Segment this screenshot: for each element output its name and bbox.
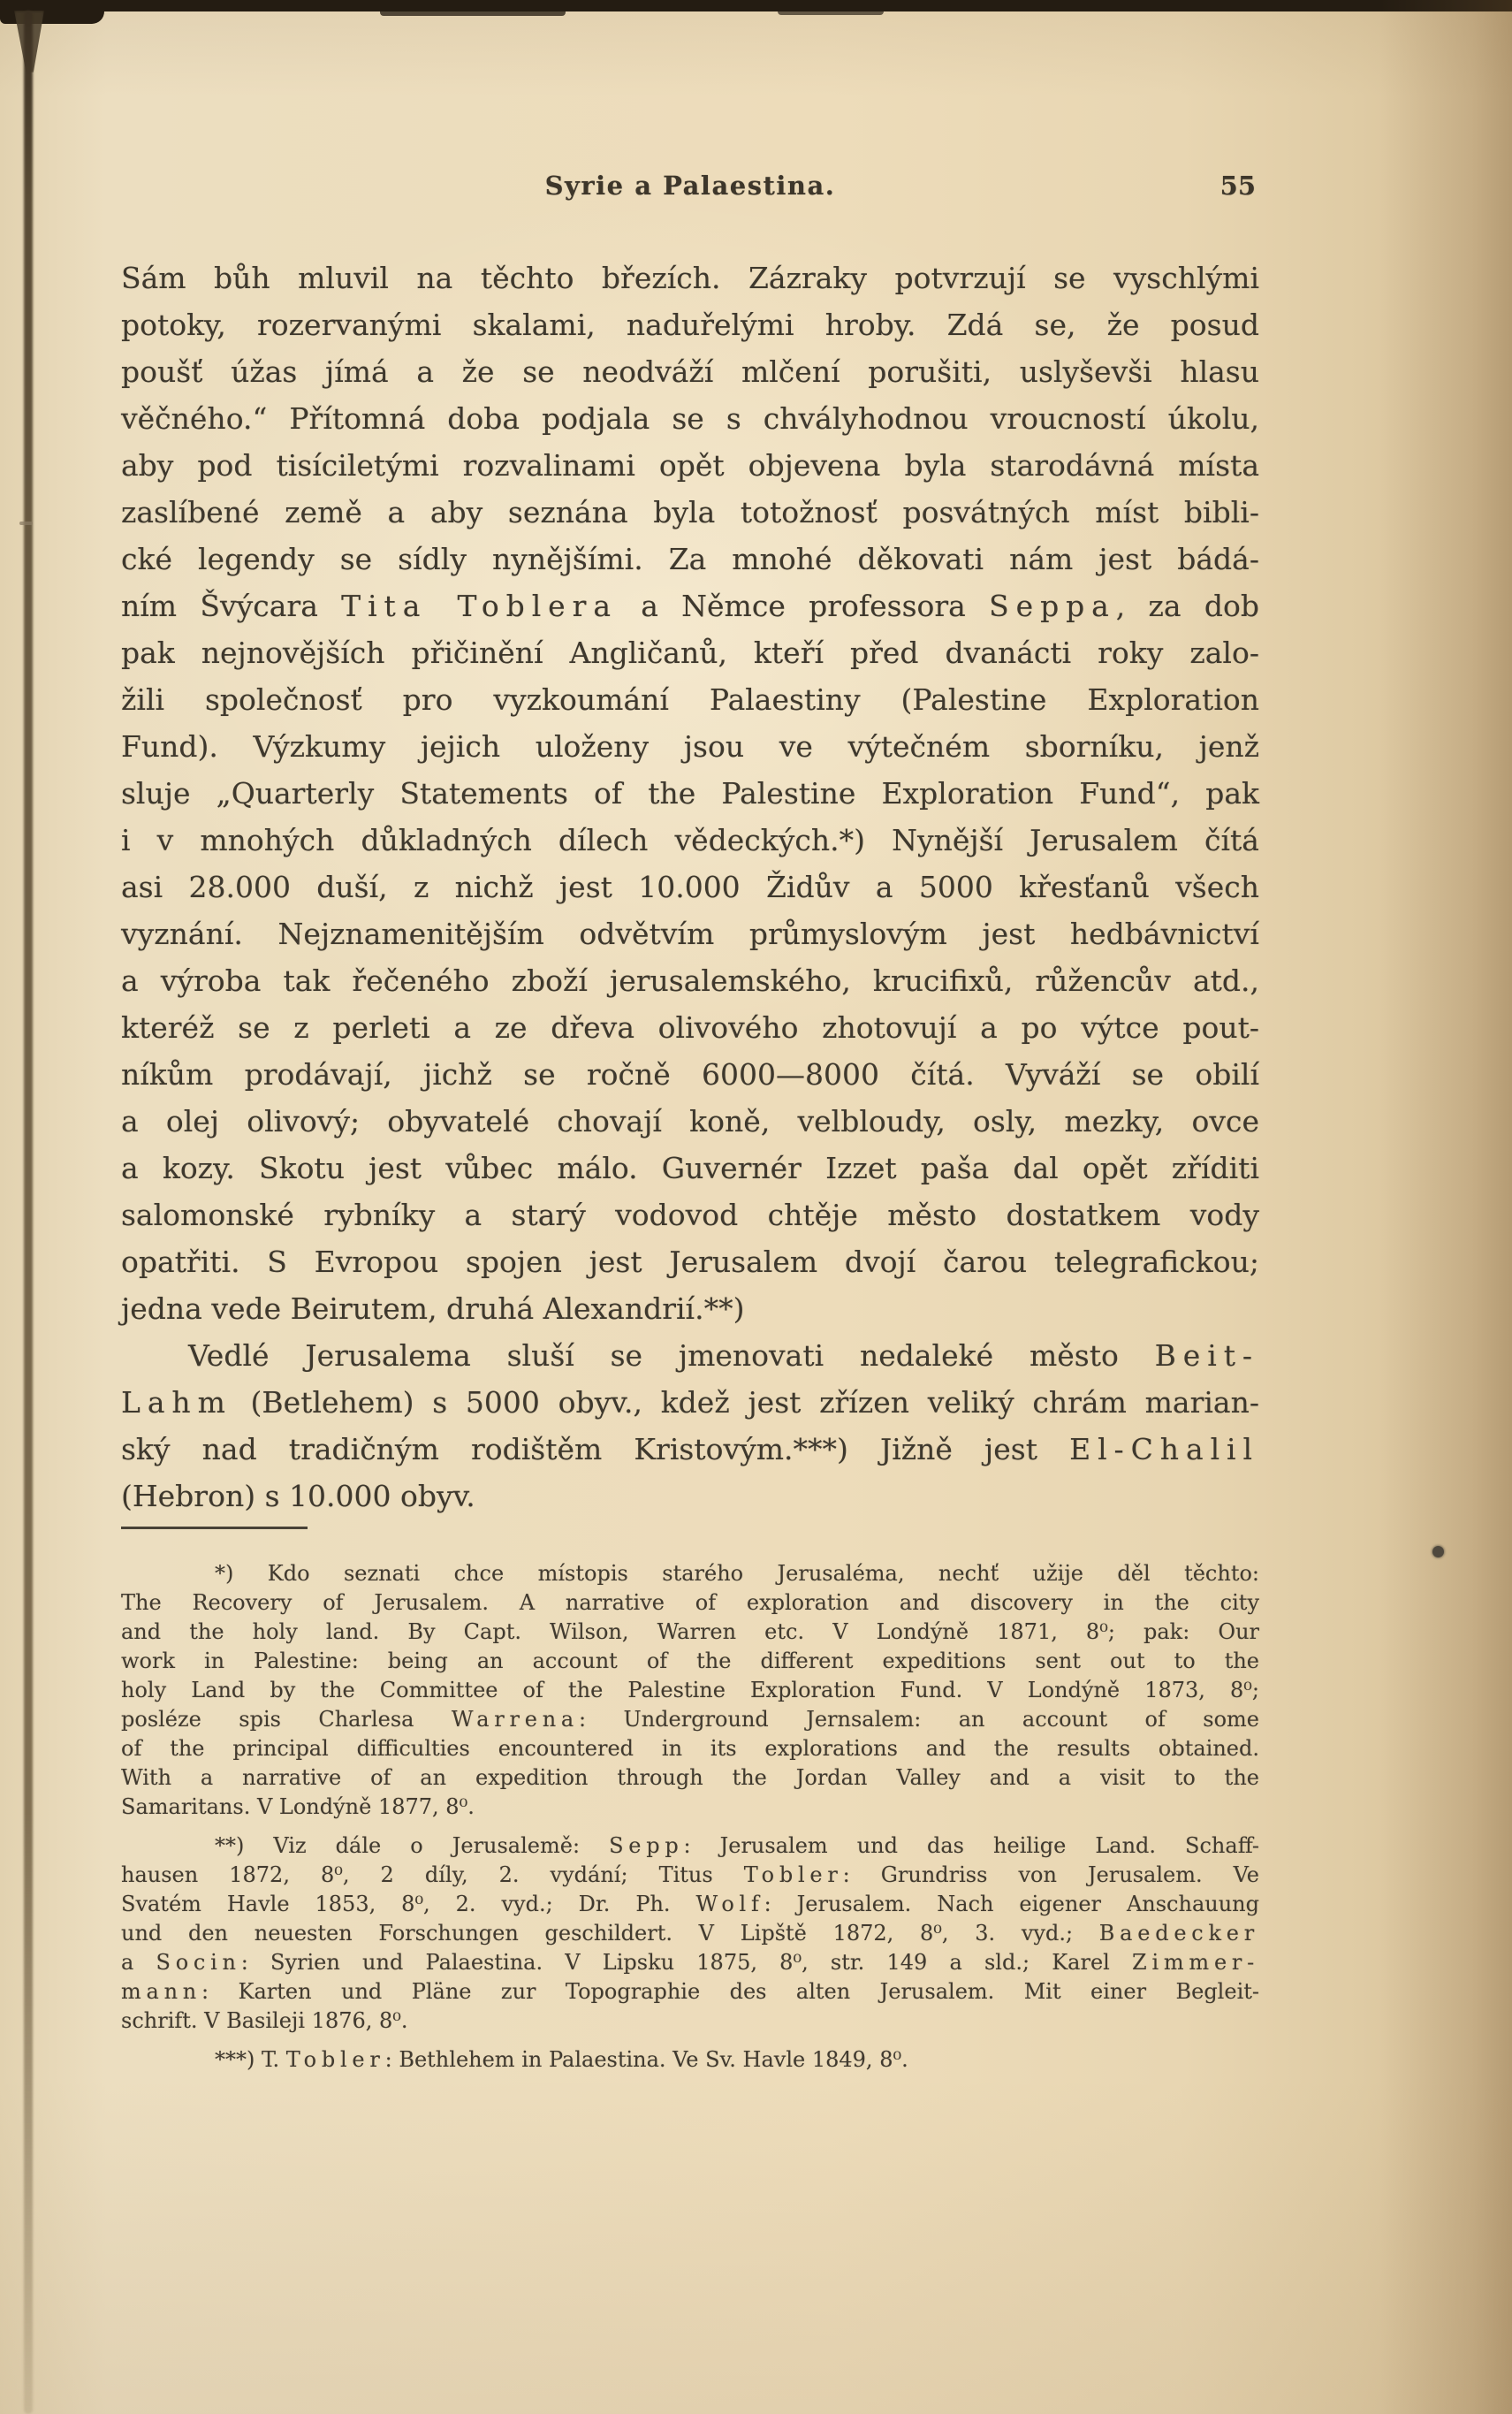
- text-line: opatřiti. S Evropou spojen jest Jerusale…: [121, 1238, 1259, 1285]
- text-run: opatřiti. S Evropou spojen jest Jerusale…: [121, 1245, 1259, 1279]
- paragraph: **) Viz dále o Jerusalemě: Sepp: Jerusal…: [121, 1831, 1259, 2036]
- letterspaced-text: Beit-: [1155, 1338, 1259, 1373]
- page-title: Syrie a Palaestina.: [121, 171, 1259, 201]
- text-line: níkům prodávají, jichž se ročně 6000—800…: [121, 1051, 1259, 1098]
- letterspaced-text: El-Chalil: [1069, 1432, 1259, 1466]
- text-run: pak nejnovějších přičinění Angličanů, kt…: [121, 636, 1259, 670]
- text-line: (Hebron) s 10.000 obyv.: [121, 1473, 1259, 1519]
- text-run: : Karten und Pläne zur Topographie des a…: [201, 1979, 1259, 2004]
- scan-edge-ragged: [778, 11, 884, 15]
- text-line: With a narrative of an expedition throug…: [121, 1763, 1259, 1793]
- text-run: a výroba tak řečeného zboží jerusalemské…: [121, 963, 1259, 998]
- text-run: : Underground Jernsalem: an account of s…: [579, 1707, 1259, 1732]
- letterspaced-text: Seppa: [989, 589, 1116, 623]
- text-line: ***) T. Tobler: Bethlehem in Palaestina.…: [121, 2045, 1259, 2075]
- text-line: asi 28.000 duší, z nichž jest 10.000 Žid…: [121, 864, 1259, 910]
- footnote-separator-rule: [121, 1527, 308, 1529]
- body-text-block: Sám bůh mluvil na těchto březích. Zázrak…: [121, 255, 1259, 1519]
- text-run: holy Land by the Committee of the Palest…: [121, 1678, 1259, 1702]
- text-run: *) Kdo seznati chce místopis starého Jer…: [215, 1561, 1259, 1586]
- text-run: posléze spis Charlesa: [121, 1707, 452, 1732]
- text-run: (Hebron) s 10.000 obyv.: [121, 1479, 475, 1513]
- text-line: salomonské rybníky a starý vodovod chtěj…: [121, 1192, 1259, 1238]
- text-line: jedna vede Beirutem, druhá Alexandrií.**…: [121, 1285, 1259, 1332]
- text-line: aby pod tisíciletými rozvalinami opět ob…: [121, 442, 1259, 489]
- text-run: ***) T.: [215, 2047, 286, 2072]
- text-line: zaslíbené země a aby seznána byla totožn…: [121, 489, 1259, 536]
- text-line: Samaritans. V Londýně 1877, 8⁰.: [121, 1793, 1259, 1822]
- text-line: *) Kdo seznati chce místopis starého Jer…: [121, 1559, 1259, 1588]
- text-line: ský nad tradičným rodištěm Kristovým.***…: [121, 1426, 1259, 1473]
- text-run: a: [121, 1950, 156, 1975]
- text-run: Samaritans. V Londýně 1877, 8⁰.: [121, 1794, 475, 1819]
- text-line: a olej olivový; obyvatelé chovají koně, …: [121, 1098, 1259, 1145]
- text-line: ním Švýcara Tita Toblera a Němce profess…: [121, 583, 1259, 629]
- text-run: and the holy land. By Capt. Wilson, Warr…: [121, 1619, 1259, 1644]
- text-run: Fund). Výzkumy jejich uloženy jsou ve vý…: [121, 729, 1259, 764]
- text-line: Lahm (Betlehem) s 5000 obyv., kdež jest …: [121, 1379, 1259, 1426]
- text-line: und den neuesten Forschungen geschildert…: [121, 1919, 1259, 1948]
- text-run: : Jerusalem und das heilige Land. Schaff…: [684, 1833, 1260, 1858]
- paragraph: *) Kdo seznati chce místopis starého Jer…: [121, 1559, 1259, 1822]
- text-run: kteréž se z perleti a ze dřeva olivového…: [121, 1010, 1259, 1045]
- scan-edge-ragged: [380, 11, 566, 16]
- text-run: , za dob: [1116, 589, 1259, 623]
- text-run: a Němce professora: [618, 589, 989, 623]
- text-line: holy Land by the Committee of the Palest…: [121, 1676, 1259, 1705]
- text-run: věčného.“ Přítomná doba podjala se s chv…: [121, 401, 1259, 436]
- text-run: vyznání. Nejznamenitějším odvětvím průmy…: [121, 917, 1259, 951]
- text-run: **) Viz dále o Jerusalemě:: [215, 1833, 609, 1858]
- page-edge-vignette: [1379, 0, 1512, 2414]
- text-run: salomonské rybníky a starý vodovod chtěj…: [121, 1198, 1259, 1232]
- paragraph: ***) T. Tobler: Bethlehem in Palaestina.…: [121, 2045, 1259, 2075]
- ink-blemish-dot: [1432, 1546, 1444, 1557]
- text-run: zaslíbené země a aby seznána byla totožn…: [121, 495, 1259, 529]
- letterspaced-text: Socin: [156, 1950, 241, 1975]
- text-run: Sám bůh mluvil na těchto březích. Zázrak…: [121, 261, 1259, 295]
- paragraph: Vedlé Jerusalema sluší se jmenovati neda…: [121, 1332, 1259, 1519]
- text-run: und den neuesten Forschungen geschildert…: [121, 1921, 1099, 1946]
- text-run: níkům prodávají, jichž se ročně 6000—800…: [121, 1057, 1259, 1092]
- text-line: schrift. V Basileji 1876, 8⁰.: [121, 2007, 1259, 2036]
- text-run: of the principal difficulties encountere…: [121, 1736, 1259, 1761]
- letterspaced-text: Zimmer-: [1132, 1950, 1259, 1975]
- text-run: aby pod tisíciletými rozvalinami opět ob…: [121, 448, 1259, 483]
- text-line: potoky, rozervanými skalami, naduřelými …: [121, 301, 1259, 348]
- text-line: a kozy. Skotu jest vůbec málo. Guvernér …: [121, 1145, 1259, 1192]
- text-line: vyznání. Nejznamenitějším odvětvím průmy…: [121, 910, 1259, 957]
- text-line: and the holy land. By Capt. Wilson, Warr…: [121, 1618, 1259, 1647]
- text-line: of the principal difficulties encountere…: [121, 1734, 1259, 1763]
- letterspaced-text: Tobler: [744, 1862, 843, 1887]
- book-gutter-shadow: [24, 11, 33, 2414]
- text-run: ním Švýcara: [121, 589, 341, 623]
- text-line: **) Viz dále o Jerusalemě: Sepp: Jerusal…: [121, 1831, 1259, 1861]
- text-run: : Jerusalem. Nach eigener Anschauung: [764, 1892, 1259, 1916]
- scanned-book-page: Syrie a Palaestina. 55 Sám bůh mluvil na…: [0, 0, 1512, 2414]
- text-run: jedna vede Beirutem, druhá Alexandrií.**…: [121, 1291, 744, 1326]
- text-run: asi 28.000 duší, z nichž jest 10.000 Žid…: [121, 870, 1259, 904]
- text-run: sluje „Quarterly Statements of the Pales…: [121, 776, 1259, 811]
- text-run: : Grundriss von Jerusalem. Ve: [843, 1862, 1259, 1887]
- text-run: Vedlé Jerusalema sluší se jmenovati neda…: [188, 1338, 1155, 1373]
- text-line: Sám bůh mluvil na těchto březích. Zázrak…: [121, 255, 1259, 301]
- text-line: pak nejnovějších přičinění Angličanů, kt…: [121, 629, 1259, 676]
- text-line: posléze spis Charlesa Warrena: Undergrou…: [121, 1705, 1259, 1734]
- text-run: : Syrien und Palaestina. V Lipsku 1875, …: [241, 1950, 1132, 1975]
- letterspaced-text: mann: [121, 1979, 201, 2004]
- text-line: cké legendy se sídly nynějšími. Za mnohé…: [121, 536, 1259, 583]
- letterspaced-text: Warrena: [452, 1707, 579, 1732]
- text-line: a výroba tak řečeného zboží jerusalemské…: [121, 957, 1259, 1004]
- text-line: mann: Karten und Pläne zur Topographie d…: [121, 1977, 1259, 2007]
- text-run: The Recovery of Jerusalem. A narrative o…: [121, 1590, 1259, 1615]
- letterspaced-text: Baedecker: [1099, 1921, 1259, 1946]
- letterspaced-text: Wolf: [696, 1892, 764, 1916]
- text-run: i v mnohých důkladných dílech vědeckých.…: [121, 823, 1259, 857]
- letterspaced-text: Tita Toblera: [341, 589, 618, 623]
- text-run: potoky, rozervanými skalami, naduřelými …: [121, 308, 1259, 342]
- letterspaced-text: Tobler: [286, 2047, 385, 2072]
- text-line: i v mnohých důkladných dílech vědeckých.…: [121, 817, 1259, 864]
- scan-edge-top-band: [0, 0, 1512, 11]
- text-line: hausen 1872, 8⁰, 2 díly, 2. vydání; Titu…: [121, 1861, 1259, 1890]
- text-run: poušť úžas jímá a že se neodváží mlčení …: [121, 354, 1259, 389]
- running-head: Syrie a Palaestina. 55: [121, 171, 1259, 206]
- letterspaced-text: Sepp: [609, 1833, 683, 1858]
- text-line: poušť úžas jímá a že se neodváží mlčení …: [121, 348, 1259, 395]
- text-line: a Socin: Syrien und Palaestina. V Lipsku…: [121, 1948, 1259, 1977]
- text-run: (Betlehem) s 5000 obyv., kdež jest zříze…: [232, 1385, 1259, 1420]
- footnotes-block: *) Kdo seznati chce místopis starého Jer…: [121, 1559, 1259, 2075]
- text-line: Svatém Havle 1853, 8⁰, 2. vyd.; Dr. Ph. …: [121, 1890, 1259, 1919]
- text-run: a olej olivový; obyvatelé chovají koně, …: [121, 1104, 1259, 1138]
- page-number: 55: [1220, 171, 1256, 201]
- text-line: sluje „Quarterly Statements of the Pales…: [121, 770, 1259, 817]
- text-run: a kozy. Skotu jest vůbec málo. Guvernér …: [121, 1151, 1259, 1185]
- text-line: Fund). Výzkumy jejich uloženy jsou ve vý…: [121, 723, 1259, 770]
- ink-blemish-dash: [19, 522, 33, 525]
- text-line: věčného.“ Přítomná doba podjala se s chv…: [121, 395, 1259, 442]
- text-run: schrift. V Basileji 1876, 8⁰.: [121, 2008, 408, 2033]
- text-run: : Bethlehem in Palaestina. Ve Sv. Havle …: [385, 2047, 908, 2072]
- text-line: The Recovery of Jerusalem. A narrative o…: [121, 1588, 1259, 1618]
- text-run: ský nad tradičným rodištěm Kristovým.***…: [121, 1432, 1069, 1466]
- text-line: kteréž se z perleti a ze dřeva olivového…: [121, 1004, 1259, 1051]
- letterspaced-text: Lahm: [121, 1385, 232, 1420]
- text-line: work in Palestine: being an account of t…: [121, 1647, 1259, 1676]
- text-run: work in Palestine: being an account of t…: [121, 1649, 1259, 1673]
- text-line: Vedlé Jerusalema sluší se jmenovati neda…: [121, 1332, 1259, 1379]
- text-run: hausen 1872, 8⁰, 2 díly, 2. vydání; Titu…: [121, 1862, 744, 1887]
- paragraph: Sám bůh mluvil na těchto březích. Zázrak…: [121, 255, 1259, 1332]
- text-run: žili společnosť pro vyzkoumání Palaestin…: [121, 682, 1259, 717]
- text-run: Svatém Havle 1853, 8⁰, 2. vyd.; Dr. Ph.: [121, 1892, 696, 1916]
- text-run: With a narrative of an expedition throug…: [121, 1765, 1259, 1790]
- text-run: cké legendy se sídly nynějšími. Za mnohé…: [121, 542, 1259, 576]
- text-line: žili společnosť pro vyzkoumání Palaestin…: [121, 676, 1259, 723]
